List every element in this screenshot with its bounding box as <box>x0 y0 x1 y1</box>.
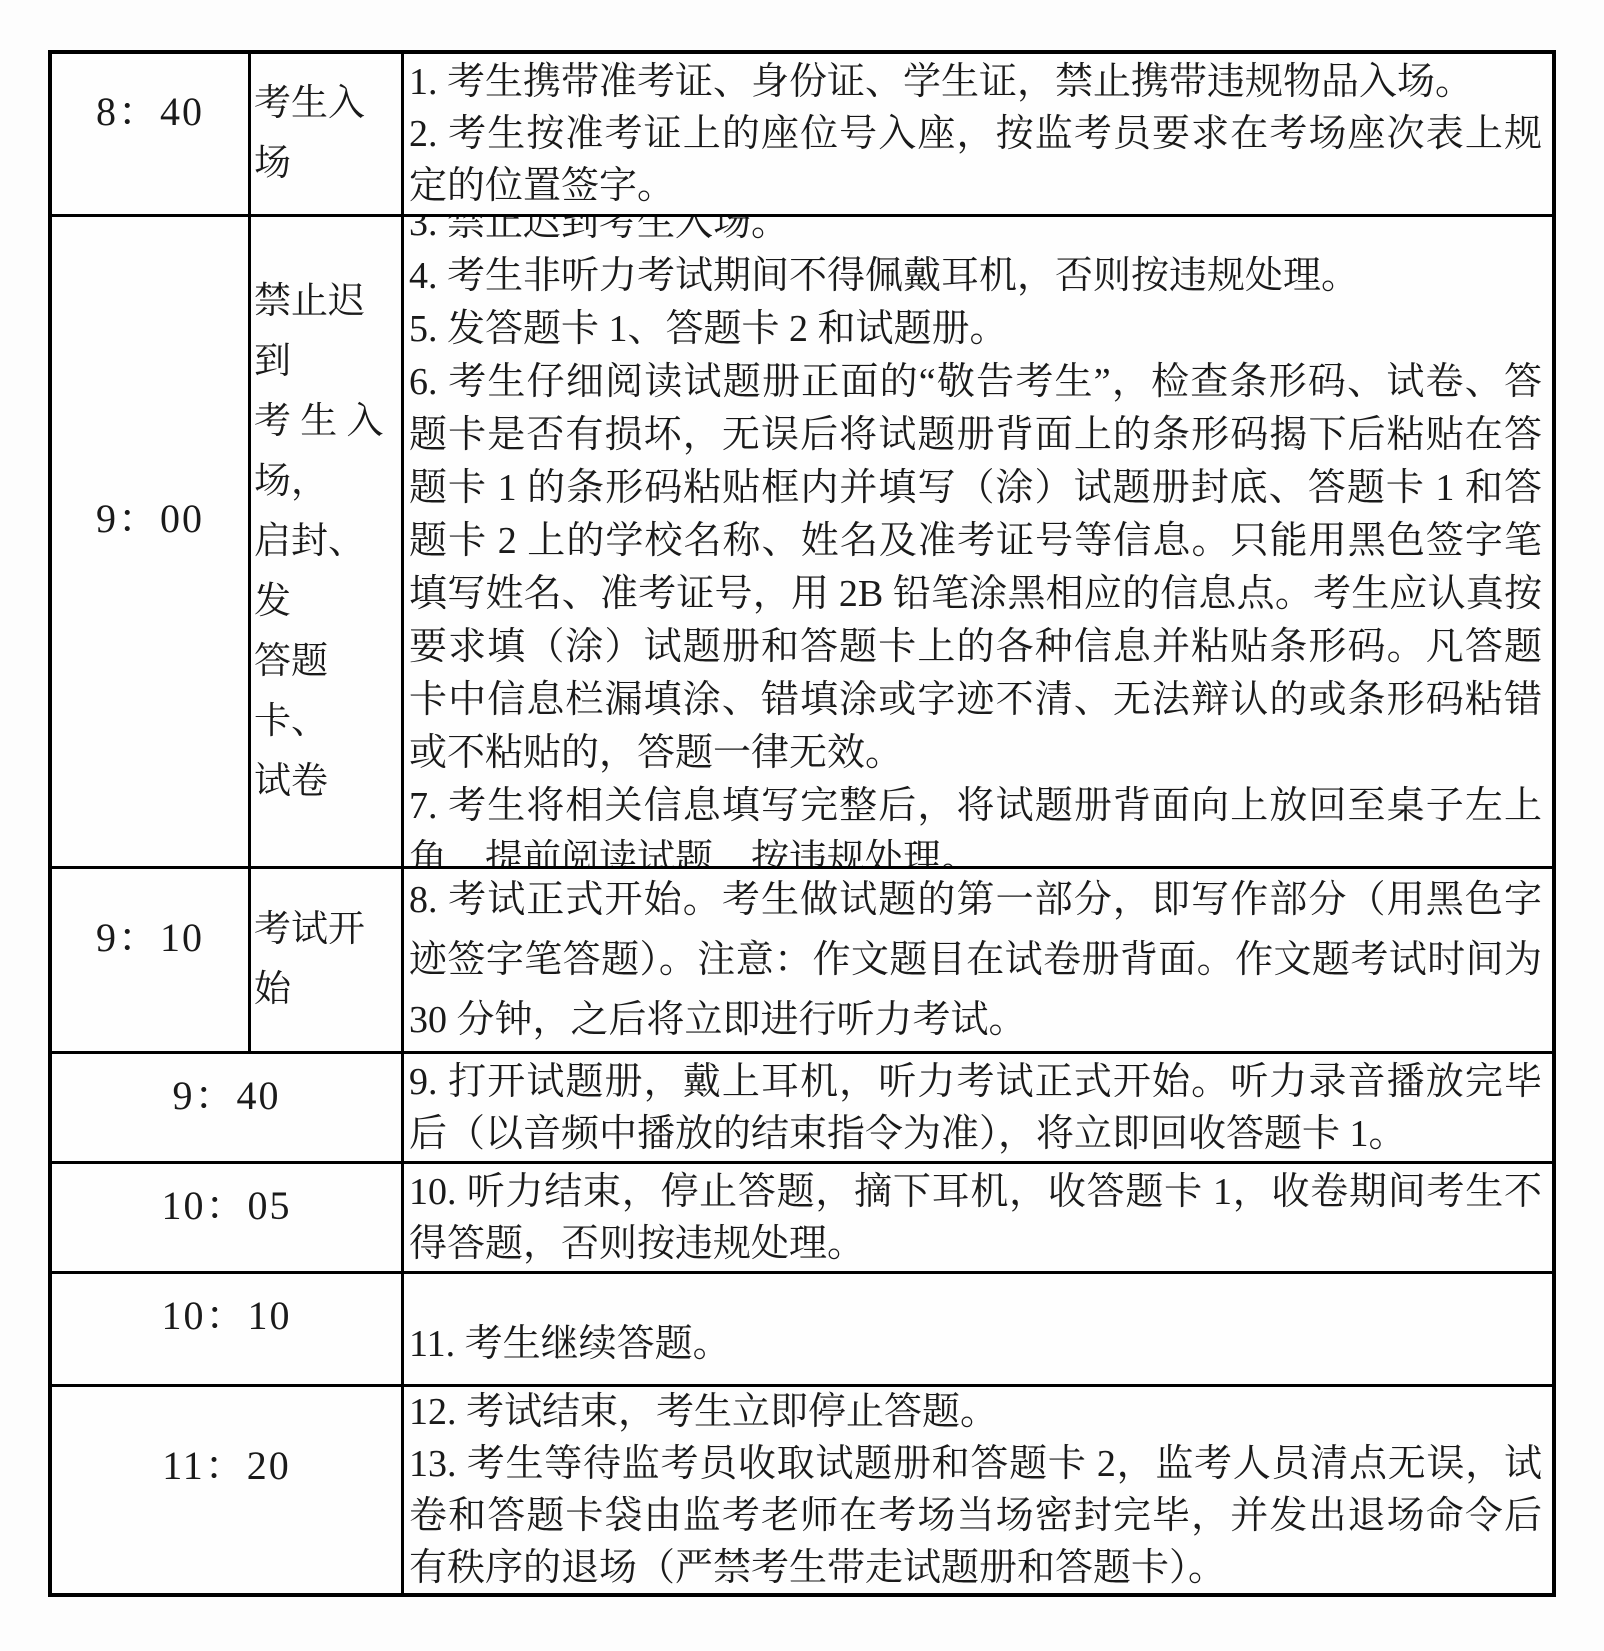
instruction-item: 8. 考试正式开始。考生做试题的第一部分，即写作部分（用黑色字迹签字笔答题）。注… <box>409 870 1542 1050</box>
instructions-cell: 9. 打开试题册，戴上耳机，听力考试正式开始。听力录音播放完毕后（以音频中播放的… <box>401 1054 1552 1161</box>
phase-label-line: 考生入场 <box>254 74 399 194</box>
phase-label-line: 答题卡、 <box>254 632 399 752</box>
instruction-item: 7. 考生将相关信息填写完整后，将试题册背面向上放回至桌子左上角，提前阅读试题，… <box>409 780 1542 866</box>
instruction-item: 5. 发答题卡 1、答题卡 2 和试题册。 <box>409 303 1542 356</box>
phase-label-line: 场， <box>254 452 399 512</box>
instruction-item: 6. 考生仔细阅读试题册正面的“敬告考生”，检查条形码、试卷、答题卡是否有损坏，… <box>409 356 1542 780</box>
instruction-item: 12. 考试结束，考生立即停止答题。 <box>409 1387 1542 1438</box>
phase-label-line: 启封、发 <box>254 512 399 632</box>
table-row: 8：40考生入场1. 考生携带准考证、身份证、学生证，禁止携带违规物品入场。2.… <box>52 54 1552 214</box>
time-cell: 9：40 <box>52 1054 401 1161</box>
time-cell: 8：40 <box>52 54 248 214</box>
instructions-cell: 8. 考试正式开始。考生做试题的第一部分，即写作部分（用黑色字迹签字笔答题）。注… <box>401 869 1552 1051</box>
instruction-item: 13. 考生等待监考员收取试题册和答题卡 2，监考人员清点无误，试卷和答题卡袋由… <box>409 1438 1542 1593</box>
time-value: 10：05 <box>162 1174 292 1231</box>
time-cell: 11：20 <box>52 1387 401 1593</box>
phase-cell: 考生入场 <box>248 54 401 214</box>
instructions-cell: 11. 考生继续答题。 <box>401 1274 1552 1384</box>
instructions-cell: 10. 听力结束，停止答题，摘下耳机，收答题卡 1，收卷期间考生不得答题，否则按… <box>401 1164 1552 1271</box>
instruction-item: 11. 考生继续答题。 <box>409 1318 1542 1370</box>
table-row: 9：10考试开始8. 考试正式开始。考生做试题的第一部分，即写作部分（用黑色字迹… <box>52 866 1552 1051</box>
time-cell: 9：00 <box>52 217 248 866</box>
instruction-item: 1. 考生携带准考证、身份证、学生证，禁止携带违规物品入场。 <box>409 56 1542 108</box>
table-row: 10：0510. 听力结束，停止答题，摘下耳机，收答题卡 1，收卷期间考生不得答… <box>52 1161 1552 1271</box>
time-value: 10：10 <box>162 1284 292 1341</box>
instruction-item: 9. 打开试题册，戴上耳机，听力考试正式开始。听力录音播放完毕后（以音频中播放的… <box>409 1056 1542 1160</box>
time-value: 11：20 <box>162 1434 291 1491</box>
phase-label-line: 禁止迟到 <box>254 272 399 392</box>
phase-cell: 禁止迟到考 生 入场，启封、发答题卡、试卷 <box>248 217 401 866</box>
phase-label-line: 考 生 入 <box>254 392 399 452</box>
instruction-item: 2. 考生按准考证上的座位号入座，按监考员要求在考场座次表上规定的位置签字。 <box>409 108 1542 212</box>
instructions-cell: 1. 考生携带准考证、身份证、学生证，禁止携带违规物品入场。2. 考生按准考证上… <box>401 54 1552 214</box>
time-value: 9：00 <box>96 487 204 544</box>
table-row: 10：1011. 考生继续答题。 <box>52 1271 1552 1384</box>
time-value: 8：40 <box>96 80 204 137</box>
instruction-item: 4. 考生非听力考试期间不得佩戴耳机，否则按违规处理。 <box>409 250 1542 303</box>
time-cell: 9：10 <box>52 869 248 1051</box>
time-cell: 10：10 <box>52 1274 401 1384</box>
instructions-cell: 12. 考试结束，考生立即停止答题。13. 考生等待监考员收取试题册和答题卡 2… <box>401 1387 1552 1593</box>
table-row: 9：00禁止迟到考 生 入场，启封、发答题卡、试卷3. 禁止迟到考生入场。4. … <box>52 214 1552 866</box>
table-row: 9：409. 打开试题册，戴上耳机，听力考试正式开始。听力录音播放完毕后（以音频… <box>52 1051 1552 1161</box>
time-value: 9：10 <box>96 906 204 963</box>
schedule-table: 8：40考生入场1. 考生携带准考证、身份证、学生证，禁止携带违规物品入场。2.… <box>48 50 1556 1597</box>
instruction-item: 10. 听力结束，停止答题，摘下耳机，收答题卡 1，收卷期间考生不得答题，否则按… <box>409 1166 1542 1270</box>
instruction-item: 3. 禁止迟到考生入场。 <box>409 217 1542 250</box>
time-value: 9：40 <box>173 1064 281 1121</box>
phase-cell: 考试开始 <box>248 869 401 1051</box>
phase-label-line: 考试开始 <box>254 900 399 1020</box>
phase-label-line: 试卷 <box>254 752 399 812</box>
instructions-cell: 3. 禁止迟到考生入场。4. 考生非听力考试期间不得佩戴耳机，否则按违规处理。5… <box>401 217 1552 866</box>
table-row: 11：2012. 考试结束，考生立即停止答题。13. 考生等待监考员收取试题册和… <box>52 1384 1552 1593</box>
time-cell: 10：05 <box>52 1164 401 1271</box>
